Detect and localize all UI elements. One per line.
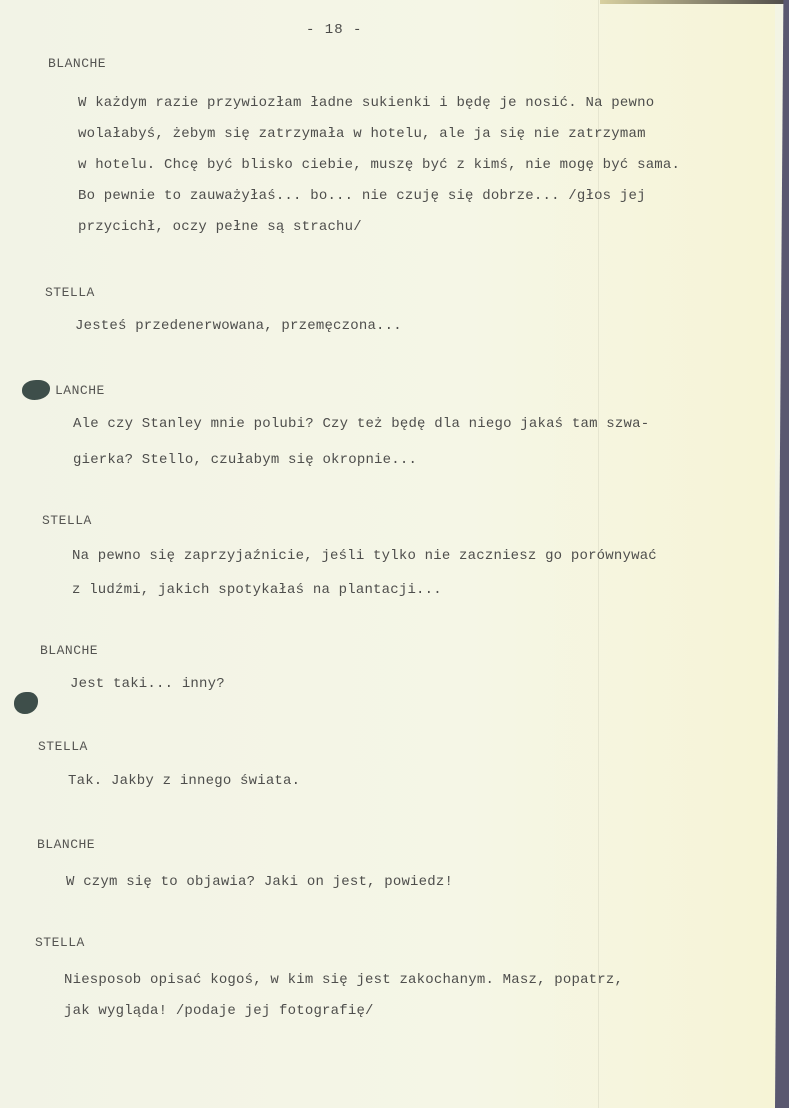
speaker-name: BLANCHE — [37, 837, 95, 852]
dialogue-line: Ale czy Stanley mnie polubi? Czy też będ… — [73, 416, 649, 432]
speaker-name: STELLA — [45, 285, 95, 300]
speaker-name: BLANCHE — [40, 643, 98, 658]
scan-edge-top — [600, 0, 789, 4]
dialogue-line: Na pewno się zaprzyjaźnicie, jeśli tylko… — [72, 548, 657, 564]
dialogue-line: Bo pewnie to zauważyłaś... bo... nie czu… — [78, 188, 646, 204]
page-number: - 18 - — [306, 22, 362, 38]
dialogue-line: z ludźmi, jakich spotykałaś na plantacji… — [72, 582, 442, 598]
speaker-name: STELLA — [42, 513, 92, 528]
dialogue-line: jak wygląda! /podaje jej fotografię/ — [64, 1003, 374, 1019]
dialogue-line: Jest taki... inny? — [70, 676, 225, 692]
dialogue-line: W czym się to objawia? Jaki on jest, pow… — [66, 874, 453, 890]
dialogue-line: Jesteś przedenerwowana, przemęczona... — [75, 318, 402, 334]
dialogue-line: Niesposob opisać kogoś, w kim się jest z… — [64, 972, 623, 988]
dialogue-line: wolałabyś, żebym się zatrzymała w hotelu… — [78, 126, 646, 142]
dialogue-line: w hotelu. Chcę być blisko ciebie, muszę … — [78, 157, 680, 173]
speaker-name: BLANCHE — [48, 56, 106, 71]
speaker-name: LANCHE — [55, 383, 105, 398]
speaker-name: STELLA — [35, 935, 85, 950]
dialogue-line: W każdym razie przywiozłam ładne sukienk… — [78, 95, 654, 111]
dialogue-line: przycichł, oczy pełne są strachu/ — [78, 219, 362, 235]
dialogue-line: Tak. Jakby z innego świata. — [68, 773, 300, 789]
dialogue-line: gierka? Stello, czułabym się okropnie... — [73, 452, 417, 468]
scan-edge-right — [775, 0, 789, 1108]
speaker-name: STELLA — [38, 739, 88, 754]
